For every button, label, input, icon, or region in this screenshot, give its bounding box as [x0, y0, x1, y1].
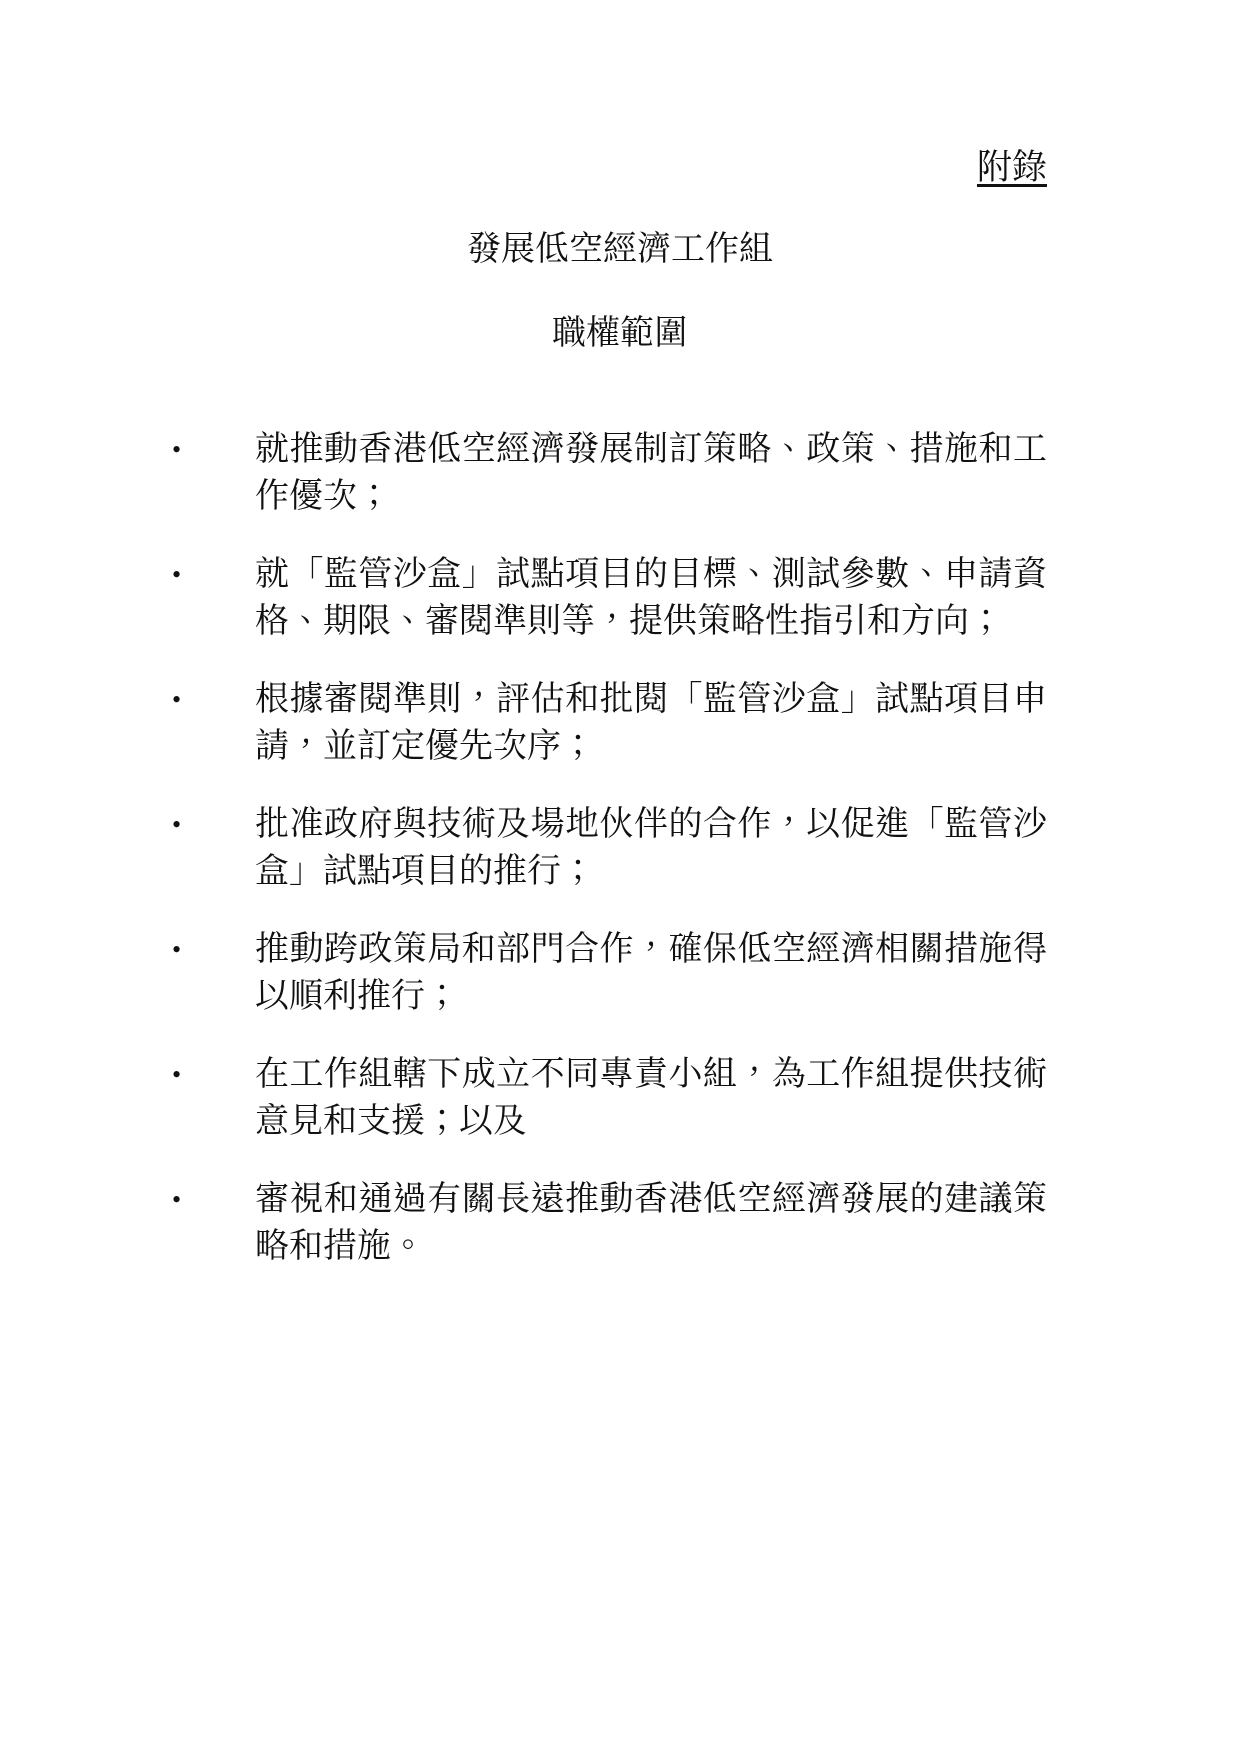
- bullet-icon: •: [172, 676, 255, 723]
- document-page: 附錄 發展低空經濟工作組 職權範圍 • 就推動香港低空經濟發展制訂策略、政策、措…: [0, 0, 1240, 1755]
- page-subtitle: 職權範圍: [0, 312, 1240, 356]
- list-item-text: 就「監管沙盒」試點項目的目標、測試參數、申請資格、期限、審閱準則等，提供策略性指…: [255, 551, 1047, 645]
- list-item-text: 推動跨政策局和部門合作，確保低空經濟相關措施得以順利推行；: [255, 926, 1047, 1020]
- list-item-text: 在工作組轄下成立不同專責小組，為工作組提供技術意見和支援；以及: [255, 1051, 1047, 1145]
- list-item-text: 根據審閱準則，評估和批閱「監管沙盒」試點項目申請，並訂定優先次序；: [255, 676, 1047, 770]
- list-item: • 就推動香港低空經濟發展制訂策略、政策、措施和工作優次；: [172, 426, 1052, 520]
- list-item: • 批准政府與技術及場地伙伴的合作，以促進「監管沙盒」試點項目的推行；: [172, 801, 1052, 895]
- list-item-text: 就推動香港低空經濟發展制訂策略、政策、措施和工作優次；: [255, 426, 1047, 520]
- list-item: • 在工作組轄下成立不同專責小組，為工作組提供技術意見和支援；以及: [172, 1051, 1052, 1145]
- bullet-icon: •: [172, 426, 255, 473]
- page-title: 發展低空經濟工作組: [0, 228, 1240, 272]
- list-item-text: 批准政府與技術及場地伙伴的合作，以促進「監管沙盒」試點項目的推行；: [255, 801, 1047, 895]
- bullet-icon: •: [172, 1051, 255, 1098]
- bullet-icon: •: [172, 1176, 255, 1223]
- bullet-icon: •: [172, 801, 255, 848]
- list-item: • 推動跨政策局和部門合作，確保低空經濟相關措施得以順利推行；: [172, 926, 1052, 1020]
- list-item: • 就「監管沙盒」試點項目的目標、測試參數、申請資格、期限、審閱準則等，提供策略…: [172, 551, 1052, 645]
- list-item-text: 審視和通過有關長遠推動香港低空經濟發展的建議策略和措施。: [255, 1176, 1047, 1270]
- terms-of-reference-list: • 就推動香港低空經濟發展制訂策略、政策、措施和工作優次； • 就「監管沙盒」試…: [172, 426, 1052, 1301]
- list-item: • 審視和通過有關長遠推動香港低空經濟發展的建議策略和措施。: [172, 1176, 1052, 1270]
- appendix-label: 附錄: [977, 146, 1047, 190]
- bullet-icon: •: [172, 926, 255, 973]
- bullet-icon: •: [172, 551, 255, 598]
- list-item: • 根據審閱準則，評估和批閱「監管沙盒」試點項目申請，並訂定優先次序；: [172, 676, 1052, 770]
